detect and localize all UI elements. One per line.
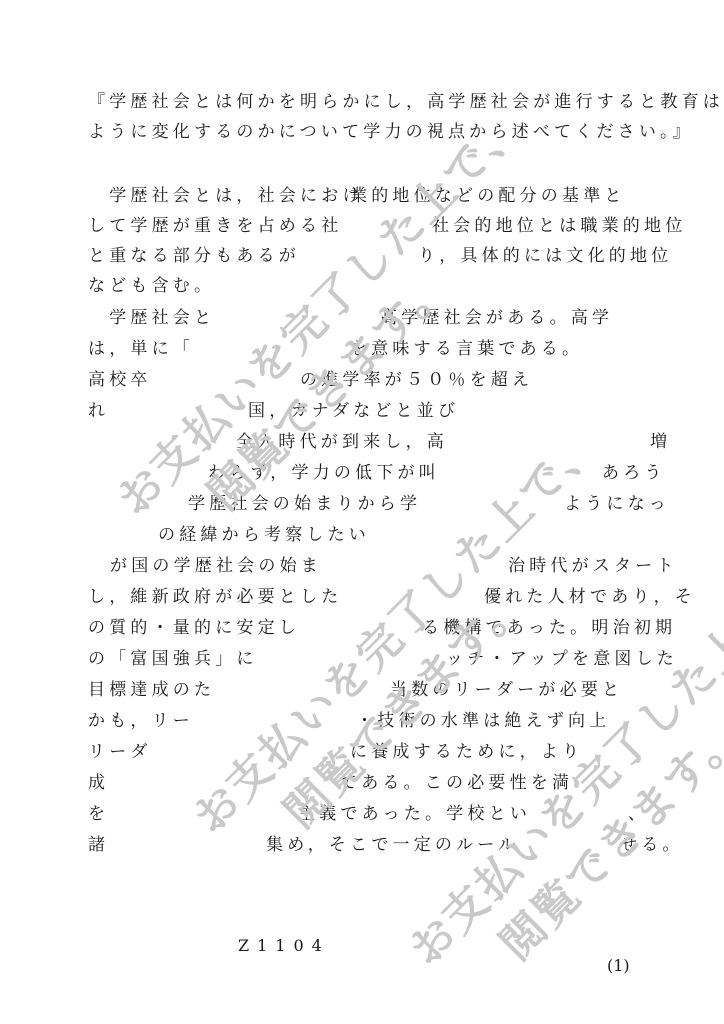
text-segment: あろう <box>602 463 666 483</box>
text-segment: かも，リー <box>88 711 194 731</box>
text-segment: 高学歴社会がある。高学 <box>380 308 613 328</box>
text-segment: し，維新政府が必要とした <box>88 587 342 607</box>
text-segment: ようになっ <box>564 494 670 514</box>
text-segment: 業的地位などの配分の基準と <box>350 186 626 206</box>
text-segment: わらず，学力の低下が叫 <box>208 463 440 483</box>
text-segment: 優れた人材であり，そ <box>484 587 696 607</box>
text-segment: リーダ <box>88 742 152 762</box>
text-segment: 学歴社会の始まりから学 <box>188 494 421 514</box>
text-segment: 高校卒 <box>88 370 152 390</box>
text-segment: に養成するために，より <box>350 742 583 762</box>
text-segment: を意味する言葉である。 <box>350 339 583 359</box>
text-segment: 国，カナダなどと並び <box>248 401 459 421</box>
text-segment: の質的・量的に安定し <box>88 618 300 638</box>
text-segment: 集め，そこで一定のルール <box>266 835 519 855</box>
question-line-1: 『学歴社会とは何かを明らかにし，高学歴社会が進行すると教育はどの <box>88 92 724 112</box>
text-segment: 学歴社会とは，社会におけ <box>88 186 364 206</box>
text-segment: 全入時代が到来し，高 <box>236 432 448 452</box>
text-segment: の「富国強兵」に <box>88 649 258 669</box>
text-segment: を <box>88 804 109 824</box>
text-segment: ッチ・アップを意図した <box>446 649 678 669</box>
text-segment: の進学率が５０％を超え <box>300 370 533 390</box>
text-segment: 、 <box>628 804 649 824</box>
text-segment: る機構であった。明治初期 <box>422 618 676 638</box>
text-segment: ・技術の水準は絶えず向上 <box>356 711 610 731</box>
document-code: Z1104 <box>238 936 330 955</box>
text-segment: 学歴社会と <box>88 308 215 328</box>
text-segment: 社会的地位とは職業的地位 <box>432 216 686 236</box>
text-segment: 主義であった。学校とい <box>298 804 531 824</box>
text-segment: 治時代がスタート <box>508 556 678 576</box>
document-page: 『学歴社会とは何かを明らかにし，高学歴社会が進行すると教育はどの ように変化する… <box>0 0 724 1024</box>
text-segment: して学歴が重きを占める社 <box>88 216 342 236</box>
text-segment: り，具体的には文化的地位 <box>418 246 672 266</box>
text-segment: 成 <box>88 773 109 793</box>
text-segment: 目標達成のた <box>88 680 215 700</box>
text-segment: は，単に「 <box>88 339 194 359</box>
text-segment: と重なる部分もあるが <box>88 246 300 266</box>
text-segment: の経緯から考察したい <box>158 525 370 545</box>
text-segment: れ <box>88 401 109 421</box>
text-segment: せる。 <box>620 835 684 855</box>
text-segment: 当数のリーダーが必要と <box>390 680 623 700</box>
page-number: (1) <box>607 956 630 975</box>
text-segment: である。この必要性を満 <box>340 773 573 793</box>
text-segment: が国の学歴社会の始ま <box>110 556 322 576</box>
text-segment: なども含む。 <box>88 276 215 296</box>
question-line-2: ように変化するのかについて学力の視点から述べてください。』 <box>88 122 694 142</box>
text-segment: 増 <box>650 432 671 452</box>
text-segment: 諸 <box>88 835 109 855</box>
